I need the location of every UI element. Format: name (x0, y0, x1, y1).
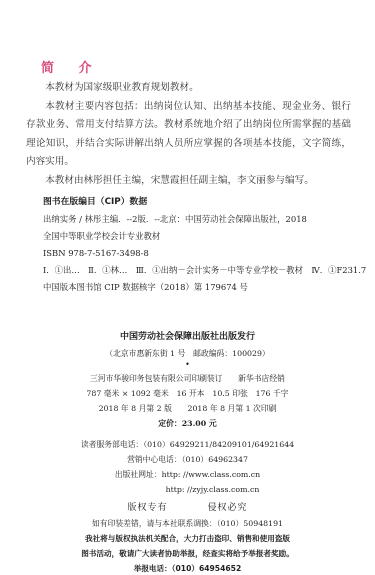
cip-data-block: 图书在版编目（CIP）数据 出纳实务 / 林彤主编．--2版．--北京：中国劳动… (43, 194, 363, 296)
separator-dot: • (20, 361, 355, 371)
infringement-prosecuted: 侵权必究 (207, 503, 247, 513)
publisher-address: （北京市惠新东街 1 号 邮政编码：100029） (20, 346, 355, 361)
price: 定价：23.00 元 (20, 416, 355, 431)
anti-piracy-notice-2: 图书活动，敬请广大读者协助举报，经查实将给予举报者奖励。 (20, 546, 355, 561)
intro-paragraph: 本教材为国家级职业教育规划教材。 (26, 79, 351, 98)
intro-body: 本教材为国家级职业教育规划教材。 本教材主要内容包括：出纳岗位认知、出纳基本技能… (26, 79, 351, 190)
publisher-website: 出版社网址：http: //www.class.com.cn (20, 467, 355, 482)
cip-line-record-number: 中国版本图书馆 CIP 数据核字（2018）第 179674 号 (43, 279, 363, 296)
cip-title: 图书在版编目（CIP）数据 (43, 194, 363, 211)
book-copyright-page: 简 介 本教材为国家级职业教育规划教材。 本教材主要内容包括：出纳岗位认知、出纳… (0, 0, 375, 575)
intro-heading: 简 介 (41, 57, 102, 76)
anti-piracy-notice-1: 我社将与版权执法机关配合，大力打击盗印、销售和使用盗版 (20, 531, 355, 546)
format-specs: 787 毫米 × 1092 毫米 16 开本 10.5 印张 176 千字 (20, 386, 355, 401)
marketing-phone: 营销中心电话：（010）64962347 (20, 452, 355, 467)
printer-info: 三河市华骏印务包装有限公司印刷装订 新华书店经销 (20, 371, 355, 386)
intro-paragraph: 本教材主要内容包括：出纳岗位认知、出纳基本技能、现金业务、银行存款业务、常用支付… (26, 98, 351, 172)
defect-notice: 如有印装差错，请与本社联系调换：（010）50948191 (20, 516, 355, 531)
intro-paragraph: 本教材由林彤担任主编，宋慧霞担任副主编，李文丽参与编写。 (26, 172, 351, 191)
publisher-name: 中国劳动社会保障出版社出版发行 (20, 328, 355, 346)
colophon-block: 中国劳动社会保障出版社出版发行 （北京市惠新东街 1 号 邮政编码：100029… (20, 328, 355, 575)
report-phone: 举报电话：（010）64954652 (20, 561, 355, 575)
cip-line-isbn: ISBN 978-7-5167-3498-8 (43, 245, 363, 262)
cip-line-bibliographic: 出纳实务 / 林彤主编．--2版．--北京：中国劳动社会保障出版社，2018 (43, 211, 363, 228)
publisher-website-2: http: //zyjy.class.com.cn (20, 482, 355, 497)
copyright-heading: 版权专有 侵权必究 (20, 501, 355, 516)
edition-info: 2018 年 8 月第 2 版 2018 年 8 月第 1 次印刷 (20, 401, 355, 416)
reader-service-phone: 读者服务部电话：（010）64929211/84209101/64921644 (20, 437, 355, 452)
cip-line-series: 全国中等职业学校会计专业教材 (43, 228, 363, 245)
cip-line-subjects: Ⅰ．①出… Ⅱ．①林… Ⅲ．①出纳－会计实务－中等专业学校－教材 Ⅳ．①F231… (43, 262, 363, 279)
copyright-reserved: 版权专有 (128, 503, 168, 513)
